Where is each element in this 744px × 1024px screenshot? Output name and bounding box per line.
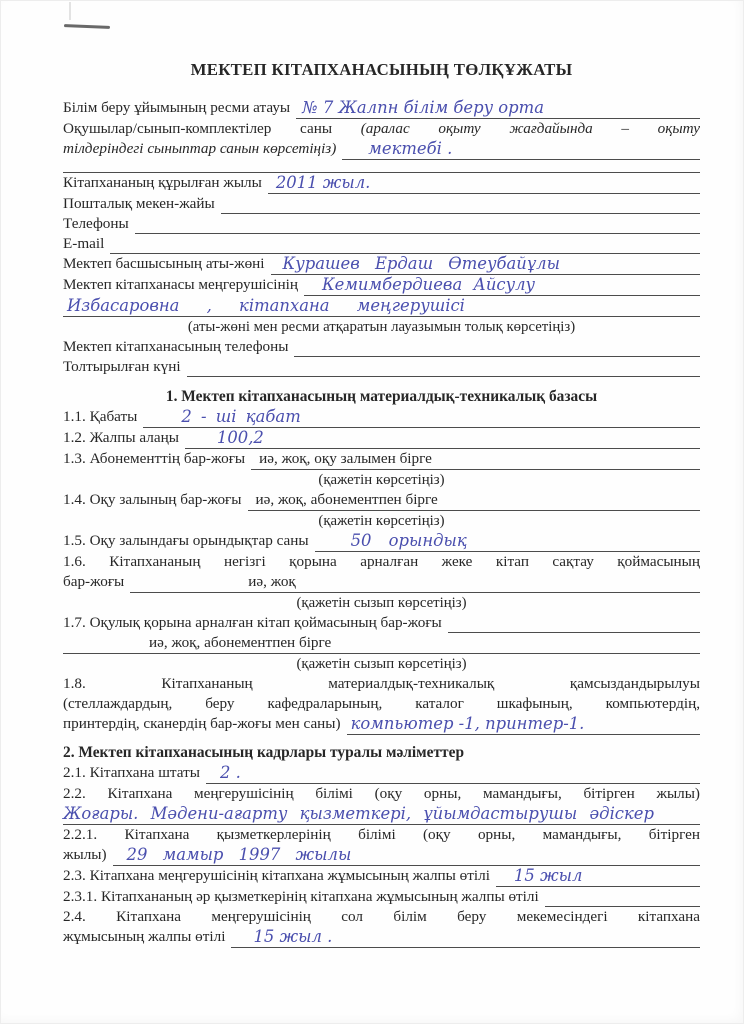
field-1-7-blank	[448, 613, 700, 633]
field-1-3-label: 1.3. Абонементтің бар-жоғы	[63, 449, 251, 470]
section2-heading: 2. Мектеп кітапханасының кадрлары туралы…	[63, 743, 700, 763]
field-official-name: Білім беру ұйымының ресми атауы № 7 Жалп…	[63, 98, 700, 119]
field-2-2-1-line2: жылы) 29 мамыр 1997 жылы	[63, 845, 700, 866]
field-1-2-label: 1.2. Жалпы алаңы	[63, 428, 185, 449]
field-2-2-line2: Жоғары. Мәдени-ағарту қызметкері, ұйымда…	[63, 804, 700, 825]
postal-address-blank	[221, 194, 700, 214]
field-1-5-line: 50 орындық	[315, 531, 700, 552]
field-2-4-line: 15 жыл .	[231, 927, 700, 948]
scan-artifact-dash	[64, 24, 110, 29]
field-1-8-line2: (стеллаждардың, беру кафедраларының, кат…	[63, 694, 700, 714]
founded-year-label: Кітапхананың құрылған жылы	[63, 173, 268, 194]
school-head-value: Курашев Ердаш Өтеубайұлы	[271, 254, 560, 273]
librarian-value2: Избасаровна , кітапхана меңгерушісі	[63, 296, 465, 315]
field-2-1-line: 2 .	[206, 763, 700, 784]
hint-strike-1-7: (қажетін сызып көрсетіңіз)	[63, 654, 700, 674]
field-1-8-value: компьютер -1, принтер-1.	[347, 714, 585, 733]
field-1-4-label: 1.4. Оқу залының бар-жоғы	[63, 490, 248, 511]
field-2-3-value: 15 жыл	[496, 866, 582, 885]
email-label: E-mail	[63, 234, 110, 254]
hint-name-position: (аты-жөні мен ресми атқаратын лауазымын …	[63, 317, 700, 337]
field-2-2-value: Жоғары. Мәдени-ағарту қызметкері, ұйымда…	[63, 804, 654, 823]
field-2-2-1-value: 29 мамыр 1997 жылы	[113, 845, 352, 864]
pupils-count-note-part1: (аралас оқыту жағдайында – оқыту	[361, 120, 700, 137]
field-1-6-label: бар-жоғы	[63, 572, 130, 593]
phone-blank	[135, 214, 700, 234]
field-1-1: 1.1. Қабаты 2 - ші қабат	[63, 407, 700, 428]
pupils-count-note-part2: тілдеріндегі сыныптар санын көрсетіңіз)	[63, 139, 342, 160]
founded-year-value: 2011 жыл.	[268, 173, 371, 192]
hint-indicate-1-4: (қажетін көрсетіңіз)	[63, 511, 700, 531]
postal-address-label: Пошталық мекен-жайы	[63, 194, 221, 214]
official-name-line: № 7 Жалпн білім беру орта	[296, 98, 700, 119]
field-1-1-value: 2 - ші қабат	[143, 407, 300, 426]
field-1-8-line: компьютер -1, принтер-1.	[347, 714, 700, 735]
field-2-3-label: 2.3. Кітапхана меңгерушісінің кітапхана …	[63, 866, 496, 887]
field-2-4-label-end: жұмысының жалпы өтілі	[63, 927, 231, 948]
librarian-value: Кемимбердиева Айсулу	[304, 275, 535, 294]
field-1-1-line: 2 - ші қабат	[143, 407, 700, 428]
field-1-5-label: 1.5. Оқу залындағы орындықтар саны	[63, 531, 315, 552]
librarian-label: Мектеп кітапханасы меңгерушісінің	[63, 275, 304, 296]
field-librarian-name: Мектеп кітапханасы меңгерушісінің Кемимб…	[63, 275, 700, 296]
field-2-1: 2.1. Кітапхана штаты 2 .	[63, 763, 700, 784]
field-2-3: 2.3. Кітапхана меңгерушісінің кітапхана …	[63, 866, 700, 887]
pupils-count-line1: Оқушылар/сынып-комплектілер саны (аралас…	[63, 119, 700, 139]
founded-year-line: 2011 жыл.	[268, 173, 700, 194]
field-1-1-label: 1.1. Қабаты	[63, 407, 143, 428]
field-phone: Телефоны	[63, 214, 700, 234]
field-1-7-line2: иә, жоқ, абонементпен бірге	[63, 633, 700, 654]
field-2-4-line1: 2.4. Кітапхана меңгерушісінің сол білім …	[63, 907, 700, 927]
pupils-count-label: Оқушылар/сынып-комплектілер саны	[63, 120, 361, 137]
hint-indicate-1-3: (қажетін көрсетіңіз)	[63, 470, 700, 490]
field-2-2-1-line: 29 мамыр 1997 жылы	[113, 845, 700, 866]
page-title: МЕКТЕП КІТАПХАНАСЫНЫҢ ТӨЛҚҰЖАТЫ	[63, 60, 700, 80]
phone-label: Телефоны	[63, 214, 135, 234]
email-blank	[110, 234, 700, 254]
field-1-6-line2: бар-жоғы иә, жоқ	[63, 572, 700, 593]
field-2-3-line: 15 жыл	[496, 866, 700, 887]
pupils-count-value: мектебі .	[342, 139, 452, 158]
scan-artifact-sliver	[69, 2, 71, 20]
field-library-phone: Мектеп кітапханасының телефоны	[63, 337, 700, 357]
field-1-7-label: 1.7. Оқулық қорына арналған кітап қоймас…	[63, 613, 448, 633]
field-postal-address: Пошталық мекен-жайы	[63, 194, 700, 214]
field-1-3: 1.3. Абонементтің бар-жоғы иә, жоқ, оқу …	[63, 449, 700, 470]
filled-date-label: Толтырылған күні	[63, 357, 187, 377]
field-1-4: 1.4. Оқу залының бар-жоғы иә, жоқ, абоне…	[63, 490, 700, 511]
library-phone-label: Мектеп кітапханасының телефоны	[63, 337, 294, 357]
official-name-value: № 7 Жалпн білім беру орта	[296, 98, 544, 117]
field-filled-date: Толтырылған күні	[63, 357, 700, 377]
field-1-6-line: иә, жоқ	[130, 572, 700, 593]
field-2-1-label: 2.1. Кітапхана штаты	[63, 763, 206, 784]
field-1-2: 1.2. Жалпы алаңы 100,2	[63, 428, 700, 449]
field-1-3-line: иә, жоқ, оқу залымен бірге	[251, 449, 700, 470]
school-head-line: Курашев Ердаш Өтеубайұлы	[271, 254, 700, 275]
field-1-6-line1: 1.6. Кітапхананың негізгі қорына арналға…	[63, 552, 700, 572]
form-content: МЕКТЕП КІТАПХАНАСЫНЫҢ ТӨЛҚҰЖАТЫ Білім бе…	[63, 60, 700, 948]
field-school-head: Мектеп басшысының аты-жөні Курашев Ердаш…	[63, 254, 700, 275]
field-1-4-line: иә, жоқ, абонементпен бірге	[248, 490, 701, 511]
field-1-3-options: иә, жоқ, оқу залымен бірге	[251, 450, 432, 467]
field-1-8-line3: принтердің, сканердің бар-жоғы мен саны)…	[63, 714, 700, 735]
field-email: E-mail	[63, 234, 700, 254]
field-2-4-value: 15 жыл .	[231, 927, 332, 946]
field-2-2-line1: 2.2. Кітапхана меңгерушісінің білімі (оқ…	[63, 784, 700, 804]
field-1-7-line: иә, жоқ, абонементпен бірге	[63, 633, 700, 654]
field-2-3-1: 2.3.1. Кітапхананың әр қызметкерінің кіт…	[63, 887, 700, 907]
field-2-2-1-label-end: жылы)	[63, 845, 113, 866]
pupils-count-blank: мектебі .	[342, 139, 700, 160]
field-1-7-options: иә, жоқ, абонементпен бірге	[149, 634, 331, 651]
field-1-5-value: 50 орындық	[315, 531, 467, 550]
field-2-4-line2: жұмысының жалпы өтілі 15 жыл .	[63, 927, 700, 948]
librarian-line2: Избасаровна , кітапхана меңгерушісі	[63, 296, 700, 317]
filled-date-blank	[187, 357, 700, 377]
field-1-2-line: 100,2	[185, 428, 700, 449]
official-name-label: Білім беру ұйымының ресми атауы	[63, 98, 296, 119]
field-1-8-label-end: принтердің, сканердің бар-жоғы мен саны)	[63, 714, 347, 735]
field-2-1-value: 2 .	[206, 763, 241, 782]
librarian-line: Кемимбердиева Айсулу	[304, 275, 700, 296]
field-2-2-1-line1: 2.2.1. Кітапхана қызметкерлерінің білімі…	[63, 825, 700, 845]
field-1-5: 1.5. Оқу залындағы орындықтар саны 50 ор…	[63, 531, 700, 552]
field-1-8-line1: 1.8. Кітапхананың материалдық-техникалық…	[63, 674, 700, 694]
field-1-2-value: 100,2	[185, 428, 264, 447]
library-phone-blank	[294, 337, 700, 357]
field-founded-year: Кітапхананың құрылған жылы 2011 жыл.	[63, 173, 700, 194]
field-1-4-options: иә, жоқ, абонементпен бірге	[248, 491, 438, 508]
hint-strike-1-6: (қажетін сызып көрсетіңіз)	[63, 593, 700, 613]
field-2-2-line: Жоғары. Мәдени-ағарту қызметкері, ұйымда…	[63, 804, 700, 825]
pupils-count-line2: тілдеріндегі сыныптар санын көрсетіңіз) …	[63, 139, 700, 160]
school-head-label: Мектеп басшысының аты-жөні	[63, 254, 271, 275]
section1-heading: 1. Мектеп кітапханасының материалдық-тех…	[63, 387, 700, 407]
scanned-form-page: МЕКТЕП КІТАПХАНАСЫНЫҢ ТӨЛҚҰЖАТЫ Білім бе…	[0, 0, 744, 1024]
field-2-3-1-label: 2.3.1. Кітапхананың әр қызметкерінің кіт…	[63, 887, 545, 907]
field-1-7-line1: 1.7. Оқулық қорына арналған кітап қоймас…	[63, 613, 700, 633]
field-librarian-name-line2: Избасаровна , кітапхана меңгерушісі	[63, 296, 700, 317]
field-1-6-options: иә, жоқ	[248, 573, 296, 590]
field-2-3-1-blank	[545, 887, 700, 907]
